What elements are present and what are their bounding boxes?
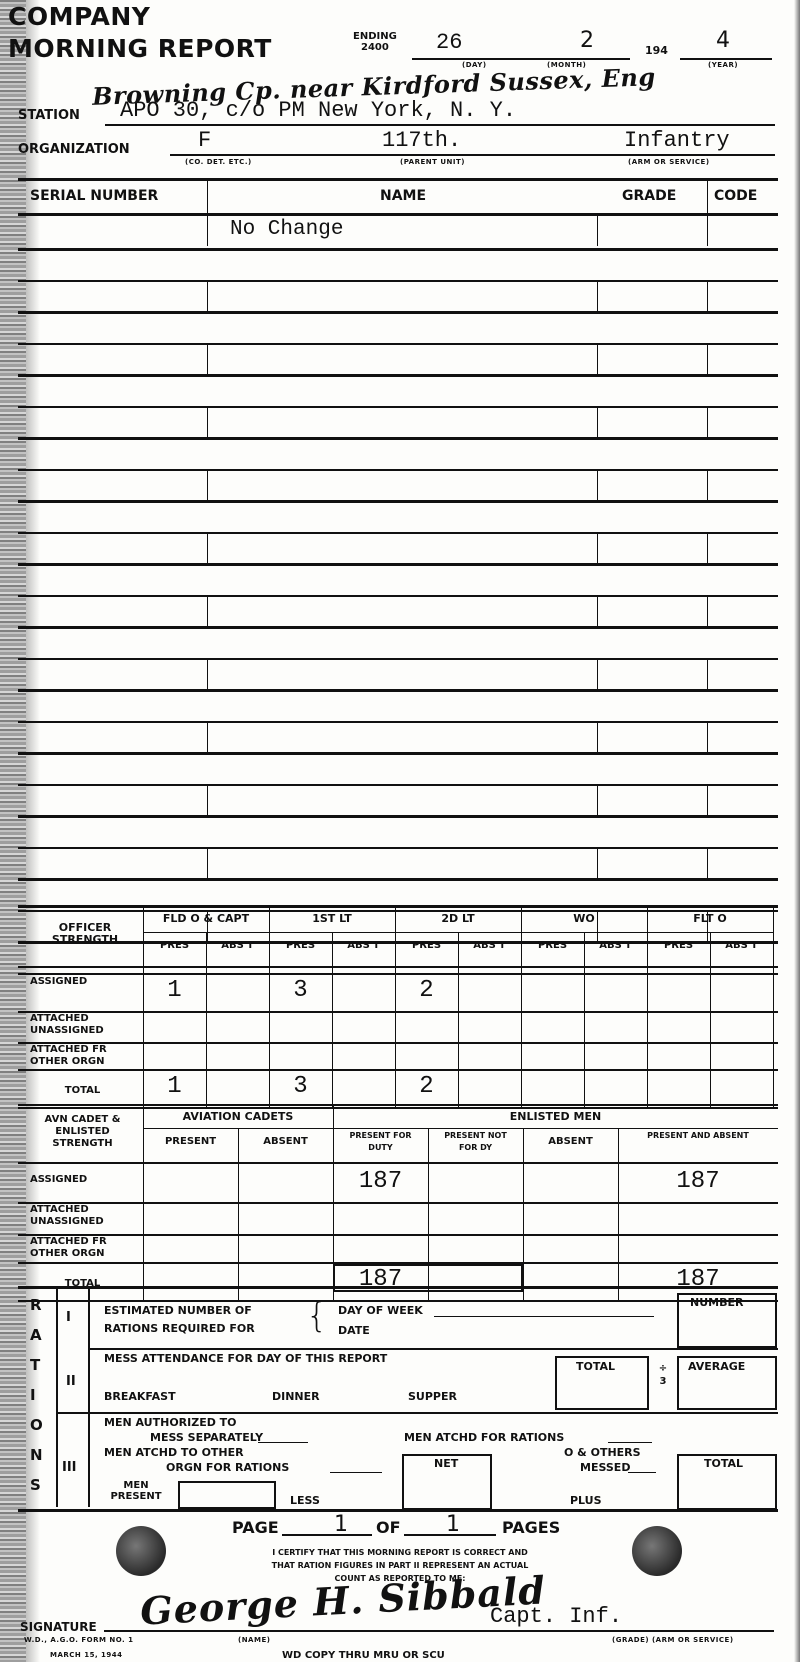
station-underline xyxy=(105,124,775,126)
enlisted-col-header: PRESENT FOR DUTY xyxy=(333,1130,428,1154)
less-label: LESS xyxy=(290,1494,320,1507)
rations-divider xyxy=(56,1289,58,1507)
officer-row-label: ATTACHED FR OTHER ORGN xyxy=(30,1044,135,1068)
roster-divider xyxy=(207,471,208,501)
roster-rule xyxy=(18,532,778,534)
wd-copy-label: WD COPY THRU MRU OR SCU xyxy=(282,1650,445,1661)
roster-divider xyxy=(207,345,208,375)
men-authorized-line1: MEN AUTHORIZED TO xyxy=(104,1416,237,1429)
plus-label: PLUS xyxy=(570,1494,602,1507)
arm-caption: (ARM OR SERVICE) xyxy=(628,158,710,166)
roster-divider xyxy=(207,849,208,879)
enlisted-count: 187 xyxy=(333,1168,428,1195)
dinner-label: DINNER xyxy=(272,1390,320,1403)
enlisted-col-header: PRESENT NOT FOR DY xyxy=(428,1130,523,1154)
enlisted-rule xyxy=(18,1162,778,1164)
roster-divider xyxy=(707,597,708,627)
enlisted-men-header: ENLISTED MEN xyxy=(333,1110,778,1123)
officer-count: 2 xyxy=(395,1073,458,1100)
number-label: NUMBER xyxy=(690,1296,743,1309)
roster-top-rule xyxy=(18,178,778,181)
rations-side-letter: N xyxy=(30,1446,43,1464)
col-name: NAME xyxy=(380,188,426,204)
officer-subcol-header: ABS'T xyxy=(458,940,521,951)
roster-divider xyxy=(597,408,598,438)
roster-rule xyxy=(18,626,778,629)
roster-divider xyxy=(597,660,598,690)
roster-divider xyxy=(707,345,708,375)
rations-divider xyxy=(88,1289,90,1507)
roster-rule xyxy=(18,563,778,566)
roster-divider xyxy=(207,216,208,246)
roster-divider xyxy=(707,849,708,879)
roster-divider xyxy=(597,282,598,312)
roster-divider xyxy=(597,471,598,501)
form-number: W.D., A.G.O. FORM NO. 1 xyxy=(24,1636,134,1644)
roster-divider xyxy=(207,534,208,564)
roster-rule xyxy=(18,973,778,975)
officer-row-label: ASSIGNED xyxy=(30,976,135,988)
roster-divider xyxy=(707,723,708,753)
rations-side-letter: S xyxy=(30,1476,41,1494)
roster-divider xyxy=(207,597,208,627)
officer-subcol-header: PRES xyxy=(143,940,206,951)
roster-divider xyxy=(597,723,598,753)
men-present-label: MEN PRESENT xyxy=(108,1480,164,1502)
roster-entry-name: No Change xyxy=(230,218,343,241)
signature-underline xyxy=(104,1630,774,1632)
orgn-for-rations-field[interactable] xyxy=(330,1472,382,1473)
report-day: 26 xyxy=(436,30,462,55)
signature-label: SIGNATURE xyxy=(20,1620,97,1634)
rations-side-letter: O xyxy=(30,1416,43,1434)
officer-group-header: 1ST LT xyxy=(269,912,395,925)
roster-divider xyxy=(597,786,598,816)
roster-rule xyxy=(18,721,778,723)
officer-subcol-header: PRES xyxy=(269,940,332,951)
enlisted-col-header: PRESENT AND ABSENT xyxy=(618,1130,778,1142)
roster-divider xyxy=(207,282,208,312)
men-atchd-other-line1: MEN ATCHD TO OTHER xyxy=(104,1446,244,1459)
roster-divider xyxy=(707,534,708,564)
officer-col-divider xyxy=(206,932,207,1107)
roster-divider xyxy=(597,216,598,246)
officer-subcol-header: PRES xyxy=(395,940,458,951)
officer-top-rule xyxy=(18,905,778,908)
average-label: AVERAGE xyxy=(688,1360,745,1373)
part-2-bottom-rule xyxy=(56,1412,778,1414)
men-atchd-other-line2: ORGN FOR RATIONS xyxy=(166,1461,289,1474)
rations-side-letter: I xyxy=(30,1386,36,1404)
roster-divider xyxy=(707,282,708,312)
others-messed-line2: MESSED xyxy=(580,1461,630,1474)
enlisted-rule xyxy=(18,1300,778,1302)
station-label: STATION xyxy=(18,108,80,123)
men-present-box[interactable] xyxy=(178,1481,276,1509)
officer-subcol-header: ABS'T xyxy=(710,940,773,951)
part-2-numeral: II xyxy=(66,1374,76,1389)
organization-underline xyxy=(170,154,775,156)
year-caption: (YEAR) xyxy=(708,61,738,69)
parent-caption: (PARENT UNIT) xyxy=(400,158,465,166)
roster-divider xyxy=(707,471,708,501)
roster-rule xyxy=(18,689,778,692)
officer-row-label: ATTACHED UNASSIGNED xyxy=(30,1013,135,1037)
breakfast-label: BREAKFAST xyxy=(104,1390,176,1403)
roster-header-rule xyxy=(18,213,778,216)
company-caption: (CO. DET. ETC.) xyxy=(185,158,252,166)
scan-right-edge xyxy=(794,0,800,1662)
officer-rule xyxy=(18,1107,778,1109)
date-label: DATE xyxy=(338,1324,370,1337)
roster-rule xyxy=(18,343,778,345)
part-3-numeral: III xyxy=(62,1460,77,1475)
col-serial-number: SERIAL NUMBER xyxy=(30,188,158,204)
roster-rule xyxy=(18,437,778,440)
officer-count: 1 xyxy=(143,977,206,1004)
officer-rule xyxy=(18,966,778,968)
officer-col-divider xyxy=(584,932,585,1107)
report-year: 4 xyxy=(716,28,730,53)
net-label: NET xyxy=(434,1457,458,1470)
men-authorized-line2: MESS SEPARATELY xyxy=(150,1431,263,1444)
part-1-label-line2: RATIONS REQUIRED FOR xyxy=(104,1322,255,1335)
officer-count: 3 xyxy=(269,1073,332,1100)
enlisted-col-header: PRESENT xyxy=(143,1136,238,1148)
officer-count: 1 xyxy=(143,1073,206,1100)
roster-divider xyxy=(597,345,598,375)
officer-col-divider xyxy=(647,908,648,1107)
date-underline xyxy=(412,58,630,60)
form-title-company: COMPANY xyxy=(8,2,150,31)
form-title-morning-report: MORNING REPORT xyxy=(8,34,272,63)
officer-count: 3 xyxy=(269,977,332,1004)
enlisted-rule xyxy=(18,1104,778,1106)
page-total: 1 xyxy=(446,1512,460,1537)
roster-rule xyxy=(18,500,778,503)
signature-grade: Capt. Inf. xyxy=(490,1604,622,1629)
officer-group-header: FLT O xyxy=(647,912,773,925)
enlisted-row-label: ATTACHED UNASSIGNED xyxy=(30,1204,135,1228)
officer-subcol-header: PRES xyxy=(521,940,584,951)
officer-col-divider xyxy=(332,932,333,1107)
enlisted-strength-label: AVN CADET & ENLISTED STRENGTH xyxy=(30,1114,135,1150)
roster-divider xyxy=(207,660,208,690)
men-atchd-for-rations-field[interactable] xyxy=(608,1442,652,1443)
officer-col-divider xyxy=(773,908,774,1107)
officer-subcol-header: PRES xyxy=(647,940,710,951)
officer-count: 2 xyxy=(395,977,458,1004)
pages-label: PAGES xyxy=(502,1518,560,1537)
total-label: TOTAL xyxy=(576,1360,615,1373)
enlisted-col-header: ABSENT xyxy=(523,1136,618,1148)
year-prefix: 194 xyxy=(645,44,668,57)
officer-subcol-header: ABS'T xyxy=(206,940,269,951)
roster-divider xyxy=(207,181,208,213)
officer-col-divider xyxy=(710,932,711,1107)
roster-divider xyxy=(707,786,708,816)
rations-side-letter: T xyxy=(30,1356,40,1374)
roster-divider xyxy=(707,660,708,690)
roster-divider xyxy=(707,216,708,246)
page-label: PAGE xyxy=(232,1518,279,1537)
supper-label: SUPPER xyxy=(408,1390,457,1403)
roster-rule xyxy=(18,815,778,818)
roster-divider xyxy=(707,408,708,438)
report-month: 2 xyxy=(580,28,594,53)
enlisted-col-divider xyxy=(238,1128,239,1300)
rations-top-rule xyxy=(18,1286,778,1289)
enlisted-col-divider xyxy=(143,1104,144,1300)
roster-rule xyxy=(18,784,778,786)
form-date: MARCH 15, 1944 xyxy=(50,1651,123,1659)
roster-divider xyxy=(597,849,598,879)
organization-company: F xyxy=(198,128,211,153)
part-3-total-label: TOTAL xyxy=(704,1457,743,1470)
officer-rule xyxy=(18,1069,778,1071)
officer-group-header: WO xyxy=(521,912,647,925)
roster-rule xyxy=(18,374,778,377)
others-messed-line1: O & OTHERS xyxy=(564,1446,641,1459)
roster-rule xyxy=(18,595,778,597)
mess-separately-field[interactable] xyxy=(258,1442,308,1443)
officer-row-label: TOTAL xyxy=(30,1085,135,1097)
officer-subcol-header: ABS'T xyxy=(332,940,395,951)
roster-rule xyxy=(18,311,778,314)
day-of-week-label: DAY OF WEEK xyxy=(338,1304,423,1317)
part-1-label-line1: ESTIMATED NUMBER OF xyxy=(104,1304,252,1317)
station-value: APO 30, c/o PM New York, N. Y. xyxy=(120,98,516,123)
seal-right-icon xyxy=(632,1526,682,1576)
ending-label: ENDING 2400 xyxy=(353,31,397,53)
part-1-numeral: I xyxy=(66,1310,71,1325)
year-underline xyxy=(680,58,772,60)
officer-group-header: 2D LT xyxy=(395,912,521,925)
rations-side-letter: A xyxy=(30,1326,42,1344)
roster-divider xyxy=(597,597,598,627)
roster-divider xyxy=(597,534,598,564)
grade-caption: (GRADE) (ARM OR SERVICE) xyxy=(612,1636,734,1644)
others-messed-field[interactable] xyxy=(628,1472,656,1473)
signature-handwritten: George H. Sibbald xyxy=(139,1567,547,1633)
roster-divider xyxy=(207,723,208,753)
col-grade: GRADE xyxy=(622,188,676,204)
aviation-cadets-header: AVIATION CADETS xyxy=(143,1110,333,1123)
enlisted-row-label: ASSIGNED xyxy=(30,1174,135,1186)
of-label: OF xyxy=(376,1518,401,1537)
roster-rule xyxy=(18,248,778,251)
roster-rule xyxy=(18,847,778,849)
officer-subcol-header: ABS'T xyxy=(584,940,647,951)
col-code: CODE xyxy=(714,188,757,204)
roster-divider xyxy=(207,786,208,816)
rations-bottom-rule xyxy=(18,1509,778,1512)
enlisted-row-label: ATTACHED FR OTHER ORGN xyxy=(30,1236,135,1260)
officer-strength-label: OFFICER STRENGTH xyxy=(30,922,140,946)
day-of-week-field[interactable] xyxy=(434,1316,654,1317)
enlisted-col-divider xyxy=(523,1128,524,1300)
part-1-bottom-rule xyxy=(88,1348,778,1350)
roster-rule xyxy=(18,280,778,282)
mess-attendance-label: MESS ATTENDANCE FOR DAY OF THIS REPORT xyxy=(104,1352,387,1365)
brace-icon: { xyxy=(306,1296,328,1336)
roster-rule xyxy=(18,406,778,408)
enlisted-col-header: ABSENT xyxy=(238,1136,333,1148)
rations-side-letter: R xyxy=(30,1296,42,1314)
organization-label: ORGANIZATION xyxy=(18,142,130,157)
organization-arm: Infantry xyxy=(624,128,730,153)
name-caption: (NAME) xyxy=(238,1636,270,1644)
roster-rule xyxy=(18,752,778,755)
organization-parent: 117th. xyxy=(382,128,461,153)
roster-rule xyxy=(18,658,778,660)
men-atchd-for-rations-label: MEN ATCHD FOR RATIONS xyxy=(404,1431,564,1444)
page-number-underline xyxy=(282,1534,372,1536)
page-number: 1 xyxy=(334,1512,348,1537)
officer-col-divider xyxy=(521,908,522,1107)
roster-divider xyxy=(707,181,708,213)
seal-left-icon xyxy=(116,1526,166,1576)
divide-by-three-label: ÷ 3 xyxy=(656,1362,670,1388)
roster-rule xyxy=(18,878,778,881)
officer-col-divider xyxy=(458,932,459,1107)
roster-rule xyxy=(18,469,778,471)
officer-group-header: FLD O & CAPT xyxy=(143,912,269,925)
enlisted-count: 187 xyxy=(618,1168,778,1195)
roster-divider xyxy=(207,408,208,438)
